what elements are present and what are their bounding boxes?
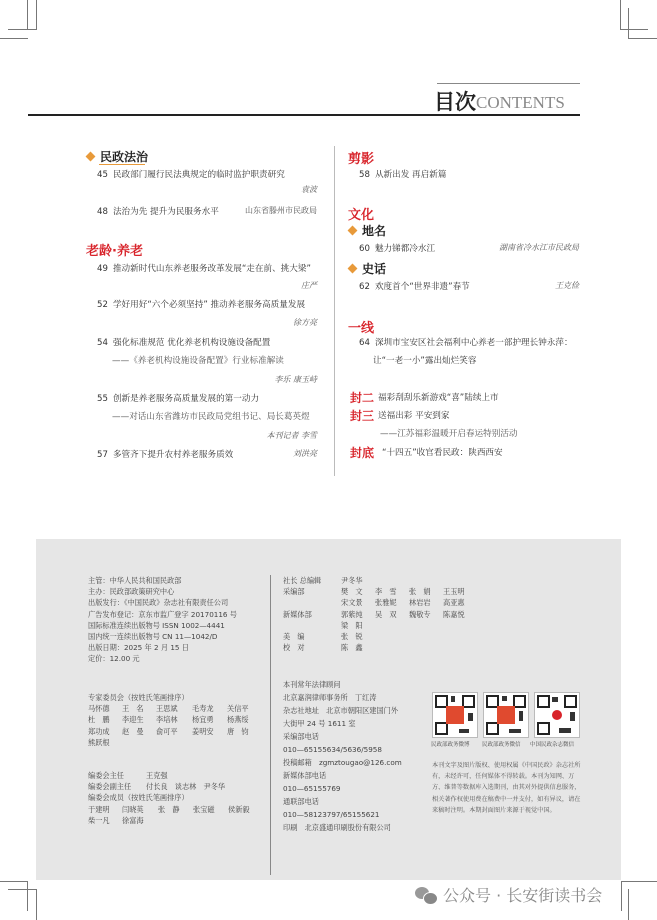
cover-label: 封三 (350, 407, 374, 424)
info-line: 主管：中华人民共和国民政部 (88, 575, 237, 586)
qr-caption: 民政部政务微信 (482, 740, 521, 748)
member-name: 郑功成 (88, 726, 122, 737)
name-row: 郑功成 赵 曼 俞可平 姜明安 唐 钧 (88, 726, 249, 737)
staff-list: 社长 总编辑尹冬华 采编部樊 文李 雪张 娟王玉明 宋文景张雅妮林岩岩高亚惠 新… (283, 575, 465, 653)
qr-code-weibo[interactable] (432, 692, 478, 738)
role-label: 新媒体部 (283, 609, 341, 620)
member-name: 毛寿龙 (192, 703, 227, 714)
entry-author: 王克俭 (555, 280, 579, 291)
member-name: 王思斌 (156, 703, 192, 714)
page-number: 55 (97, 394, 108, 404)
staff-name: 梁 阳 (341, 620, 363, 631)
toc-entry[interactable]: 49推动新时代山东养老服务改革发展“走在前、挑大梁” (97, 262, 311, 274)
staff-name: 林岩岩 (409, 597, 443, 608)
info-line: 广告发布登记：京东市监广登字 20170116 号 (88, 609, 237, 620)
staff-name: 陈 鑫 (341, 642, 363, 653)
crop-mark (8, 29, 36, 30)
role-row: 编委会主任 王克强 (88, 770, 250, 781)
staff-name: 宋文景 (341, 597, 375, 608)
info-line: 国内统一连续出版物号 CN 11—1042/D (88, 631, 237, 642)
info-line: 主办：民政部政策研究中心 (88, 586, 237, 597)
entry-title: 民政部门履行民法典规定的临时监护职责研究 (113, 170, 285, 180)
entry-title: 学好用好“六个必须坚持” 推动养老服务高质量发展 (113, 300, 305, 310)
staff-row: 梁 阳 (283, 620, 465, 631)
info-line: 010—65155634/5636/5958 (283, 743, 402, 756)
crop-mark (0, 881, 28, 882)
member-name: 姜明安 (192, 726, 227, 737)
member-name: 侯新毅 (228, 804, 250, 815)
crop-mark (0, 38, 28, 39)
crop-mark (36, 889, 37, 920)
qr-caption: 民政部政务微博 (431, 740, 470, 748)
email-line: 投稿邮箱 zgmztougao@126.com (283, 756, 402, 769)
entry-author: 庄严 (301, 280, 317, 291)
member-name: 张 静 (158, 804, 193, 815)
name-row: 熊跃根 (88, 737, 249, 748)
qr-caption: 中国民政杂志微信 (530, 740, 574, 748)
entry-author: 山东省滕州市民政局 (245, 205, 317, 216)
staff-row: 新媒体部郭紫纯吴 双魏敬专陈嘉悦 (283, 609, 465, 620)
role-names: 付长良 谈志林 尹冬华 (146, 781, 225, 792)
info-line: 印刷 北京盛通印刷股份有限公司 (283, 821, 402, 834)
staff-row: 采编部樊 文李 雪张 娟王玉明 (283, 586, 465, 597)
entry-author: 袁波 (301, 184, 317, 195)
info-line: 大街甲 24 号 1611 室 (283, 717, 402, 730)
staff-name: 吴 双 (375, 609, 409, 620)
staff-row: 社长 总编辑尹冬华 (283, 575, 465, 586)
subsection-label: 民政法治 (100, 148, 148, 165)
staff-row: 美 编张 锐 (283, 631, 465, 642)
info-line: 010—58123797/65155621 (283, 808, 402, 821)
toc-entry[interactable]: 62欢度首个“世界非遗”春节 (359, 280, 470, 292)
member-name: 马怀德 (88, 703, 122, 714)
crop-mark (628, 8, 629, 39)
watermark: 公众号 · 长安街读书会 (415, 883, 602, 906)
page-number: 57 (97, 450, 108, 460)
staff-name: 李 雪 (375, 586, 409, 597)
crop-mark (621, 881, 622, 911)
crop-mark (628, 889, 629, 920)
member-name: 熊跃根 (88, 737, 110, 748)
subsection-heading: 史话 (349, 260, 386, 277)
crop-mark (27, 0, 28, 29)
section-heading: 一线 (348, 317, 374, 336)
section-heading: 剪影 (348, 148, 374, 167)
member-name: 关信平 (227, 703, 249, 714)
header-rule (28, 114, 580, 116)
subsection-heading: 民政法治 (87, 148, 148, 165)
editorial-board: 编委会主任 王克强 编委会副主任 付长良 谈志林 尹冬华 编委会成员（按姓氏笔画… (88, 770, 250, 826)
info-line: 新媒体部电话 (283, 769, 402, 782)
logo-icon (446, 706, 464, 724)
info-line: 出版发行：《中国民政》杂志社有限责任公司 (88, 597, 237, 608)
member-name: 于建明 (88, 804, 122, 815)
member-name: 唐 钧 (227, 726, 249, 737)
entry-title: 从新出发 再启新篇 (375, 170, 446, 180)
committee-title: 编委会成员（按姓氏笔画排序） (88, 792, 250, 803)
toc-entry[interactable]: 54强化标准规范 优化养老机构设施设备配置 (97, 336, 270, 348)
section-heading: 老龄·养老 (86, 240, 143, 259)
entry-title: 多管齐下提升农村养老服务质效 (113, 450, 233, 460)
cover-entry[interactable]: “十四五”收官看民政：陕西西安 (382, 446, 503, 458)
entry-author: 本刊记者 李雪 (266, 430, 317, 441)
staff-name: 张 锐 (341, 631, 363, 642)
info-line: 本刊常年法律顾问 (283, 678, 402, 691)
crop-mark (628, 38, 657, 39)
member-name: 张宝磁 (193, 804, 228, 815)
toc-entry[interactable]: 52学好用好“六个必须坚持” 推动养老服务高质量发展 (97, 298, 305, 310)
role-row: 编委会副主任 付长良 谈志林 尹冬华 (88, 781, 250, 792)
diamond-bullet-icon (348, 264, 358, 274)
staff-row: 宋文景张雅妮林岩岩高亚惠 (283, 597, 465, 608)
entry-title-line2: 让“一老一小”露出灿烂笑容 (373, 354, 476, 366)
toc-entry[interactable]: 60魅力锑都冷水江 (359, 242, 435, 254)
page-number: 64 (359, 338, 370, 348)
staff-name: 魏敬专 (409, 609, 443, 620)
section-heading: 文化 (348, 204, 374, 223)
role-label: 编委会主任 (88, 770, 146, 781)
committee-title: 专家委员会（按姓氏笔画排序） (88, 692, 249, 703)
cover-entry[interactable]: 福彩刮刮乐新游戏“喜”陆续上市 (378, 391, 499, 403)
crop-mark (620, 0, 621, 30)
entry-title: 强化标准规范 优化养老机构设施设备配置 (113, 338, 270, 348)
member-name: 俞可平 (156, 726, 192, 737)
staff-name: 陈嘉悦 (443, 609, 465, 620)
title-en: CONTENTS (476, 93, 565, 113)
contact-info: 本刊常年法律顾问 北京嘉润律师事务所 丁红涛 杂志社地址 北京市朝阳区建国门外 … (283, 678, 402, 834)
diamond-bullet-icon (348, 226, 358, 236)
entry-title: 推动新时代山东养老服务改革发展“走在前、挑大梁” (113, 264, 311, 274)
role-label: 采编部 (283, 586, 341, 597)
crop-mark (27, 881, 28, 911)
crop-mark (36, 0, 37, 30)
logo-icon (497, 706, 515, 724)
staff-name: 王玉明 (443, 586, 465, 597)
header-rule-top (437, 83, 580, 84)
role-label (283, 620, 341, 631)
info-line: 通联部电话 (283, 795, 402, 808)
toc-entry[interactable]: 64深圳市宝安区社会福利中心养老一部护理长钟永萍： (359, 336, 573, 348)
entry-author: 湖南省冷水江市民政局 (499, 242, 579, 253)
page-number: 49 (97, 264, 108, 274)
member-name: 李培林 (156, 714, 192, 725)
role-label (283, 597, 341, 608)
qr-code-wechat-magazine[interactable] (534, 692, 580, 738)
member-name: 杨燕绥 (227, 714, 249, 725)
column-divider (334, 146, 335, 476)
entry-title: 深圳市宝安区社会福利中心养老一部护理长钟永萍： (375, 338, 573, 348)
crop-mark (621, 881, 657, 882)
toc-entry[interactable]: 48法治为先 提升为民服务水平 (97, 205, 219, 217)
wechat-icon (415, 887, 437, 903)
page-number: 62 (359, 282, 370, 292)
crop-mark (620, 29, 648, 30)
subsection-label: 史话 (362, 260, 386, 277)
page-number: 60 (359, 244, 370, 254)
title-cn: 目次 (434, 91, 476, 113)
toc-entry[interactable]: 45民政部门履行民法典规定的临时监护职责研究 (97, 168, 285, 180)
page-title: 目次 CONTENTS (434, 89, 565, 113)
entry-subtitle: ——对话山东省潍坊市民政局党组书记、局长葛英煜 (112, 410, 310, 422)
member-name: 李迎生 (122, 714, 156, 725)
page-number: 52 (97, 300, 108, 310)
role-label: 社长 总编辑 (283, 575, 341, 586)
publication-info: 主管：中华人民共和国民政部 主办：民政部政策研究中心 出版发行：《中国民政》杂志… (88, 575, 237, 665)
entry-author: 徐方亮 (293, 317, 317, 328)
staff-name: 张 娟 (409, 586, 443, 597)
logo-icon (548, 706, 566, 724)
member-name: 杨宜勇 (192, 714, 227, 725)
entry-author: 李乐 康玉峙 (274, 374, 317, 385)
info-line: 北京嘉润律师事务所 丁红涛 (283, 691, 402, 704)
name-row: 柴一凡 徐富海 (88, 815, 250, 826)
staff-name: 郭紫纯 (341, 609, 375, 620)
info-line: 010—65155769 (283, 782, 402, 795)
cover-entry[interactable]: 送福出彩 平安到家 (378, 409, 449, 421)
member-name: 赵 曼 (122, 726, 156, 737)
staff-row: 校 对陈 鑫 (283, 642, 465, 653)
cover-label: 封二 (350, 389, 374, 406)
crop-mark (8, 889, 36, 890)
page-number: 54 (97, 338, 108, 348)
cover-label: 封底 (350, 444, 374, 461)
role-label: 编委会副主任 (88, 781, 146, 792)
member-name: 柴一凡 (88, 815, 122, 826)
member-name: 徐富海 (122, 815, 144, 826)
staff-name: 张雅妮 (375, 597, 409, 608)
cover-subtitle: ——江苏福彩温暖开启春运特别活动 (380, 427, 518, 439)
role-names: 王克强 (146, 770, 168, 781)
toc-entry[interactable]: 55创新是养老服务高质量发展的第一动力 (97, 392, 259, 404)
entry-title: 法治为先 提升为民服务水平 (113, 207, 219, 217)
toc-entry[interactable]: 57多管齐下提升农村养老服务质效 (97, 448, 233, 460)
underline (99, 164, 145, 165)
diamond-bullet-icon (86, 152, 96, 162)
role-label: 美 编 (283, 631, 341, 642)
qr-code-wechat-ministry[interactable] (483, 692, 529, 738)
staff-name: 尹冬华 (341, 575, 363, 586)
member-name: 闫晓英 (122, 804, 158, 815)
name-row: 于建明 闫晓英 张 静 张宝磁 侯新毅 (88, 804, 250, 815)
subsection-heading: 地名 (349, 222, 386, 239)
staff-name: 高亚惠 (443, 597, 465, 608)
info-line: 国际标准连续出版物号 ISSN 1002—4441 (88, 620, 237, 631)
name-row: 杜 鹏 李迎生 李培林 杨宜勇 杨燕绥 (88, 714, 249, 725)
info-divider (270, 575, 271, 875)
copyright-notice: 本刊文字及图片版权、使用权属《中国民政》杂志社所有，未经许可，任何媒体不得转载。… (432, 760, 582, 816)
entry-title: 创新是养老服务高质量发展的第一动力 (113, 394, 259, 404)
entry-title: 魅力锑都冷水江 (375, 244, 435, 254)
member-name: 杜 鹏 (88, 714, 122, 725)
watermark-text: 公众号 · 长安街读书会 (443, 883, 602, 906)
staff-name: 樊 文 (341, 586, 375, 597)
name-row: 马怀德 王 名 王思斌 毛寿龙 关信平 (88, 703, 249, 714)
page-number: 48 (97, 207, 108, 217)
page-number: 58 (359, 170, 370, 180)
info-line: 定价：12.00 元 (88, 653, 237, 664)
role-label: 校 对 (283, 642, 341, 653)
expert-committee: 专家委员会（按姓氏笔画排序） 马怀德 王 名 王思斌 毛寿龙 关信平 杜 鹏 李… (88, 692, 249, 748)
entry-author: 刘洪亮 (293, 448, 317, 459)
info-line: 出版日期：2025 年 2 月 15 日 (88, 642, 237, 653)
info-line: 杂志社地址 北京市朝阳区建国门外 (283, 704, 402, 717)
info-line: 采编部电话 (283, 730, 402, 743)
page-number: 45 (97, 170, 108, 180)
subsection-label: 地名 (362, 222, 386, 239)
toc-entry[interactable]: 58从新出发 再启新篇 (359, 168, 446, 180)
entry-subtitle: ——《养老机构设施设备配置》行业标准解读 (112, 354, 284, 366)
member-name: 王 名 (122, 703, 156, 714)
entry-title: 欢度首个“世界非遗”春节 (375, 282, 470, 292)
